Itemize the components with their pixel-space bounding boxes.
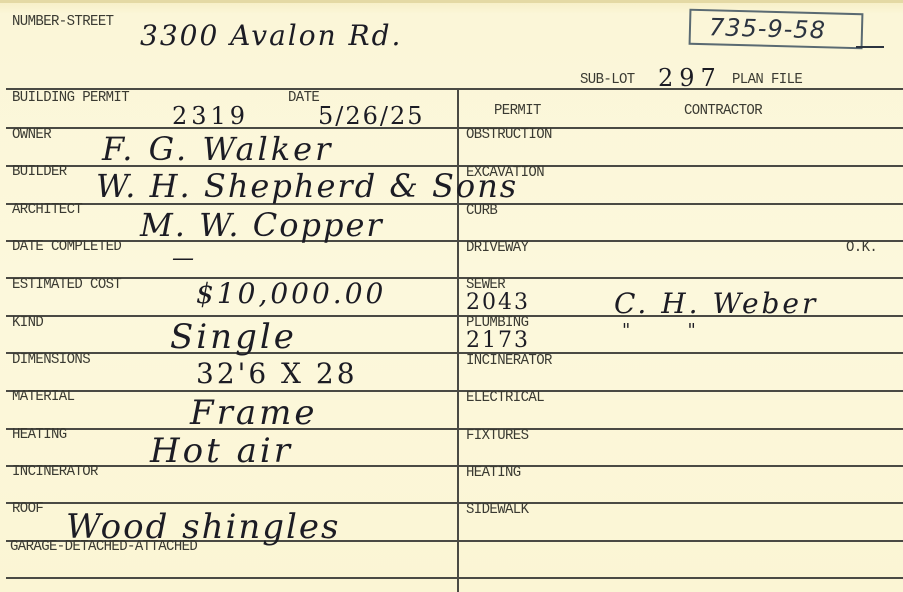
permit-card: NUMBER-STREET 3300 Avalon Rd. 735-9-58 S… [0,0,903,592]
rule-11 [6,502,903,504]
rule-8 [6,390,903,392]
sewer-permit-value: 2043 [466,292,530,314]
material-label: MATERIAL [12,389,74,406]
stamp-underline [856,46,884,48]
owner-value: F. G. Walker [102,133,333,165]
heating-right-label: HEATING [466,465,521,482]
sidewalk-label: SIDEWALK [466,502,528,519]
date-completed-value: — [172,248,194,270]
architect-label: ARCHITECT [12,202,82,219]
kind-label: KIND [12,315,43,332]
date-value: 5/26/25 [318,104,425,128]
number-street-value: 3300 Avalon Rd. [140,22,402,50]
rule-5 [6,277,903,279]
date-label: DATE [288,90,319,107]
rule-1 [6,127,903,129]
number-street-label: NUMBER-STREET [12,14,113,31]
sub-lot-label: SUB-LOT [580,72,635,89]
builder-value: W. H. Shepherd & Sons [96,170,518,202]
heating-value: Hot air [150,434,293,468]
obstruction-label: OBSTRUCTION [466,127,552,144]
kind-value: Single [170,320,297,354]
estimated-cost-value: $10,000.00 [196,280,386,308]
sub-lot-value: 297 [658,66,722,90]
driveway-note: O.K. [846,240,877,257]
curb-label: CURB [466,203,497,220]
fixtures-label: FIXTURES [466,428,528,445]
column-divider [457,88,459,592]
electrical-label: ELECTRICAL [466,390,544,407]
excavation-label: EXCAVATION [466,165,544,182]
plumbing-contractor-ditto: " " [622,322,696,340]
builder-label: BUILDER [12,164,67,181]
rule-9 [6,428,903,430]
building-permit-label: BUILDING PERMIT [12,90,129,107]
owner-label: OWNER [12,127,51,144]
date-completed-label: DATE COMPLETED [12,239,121,256]
rule-7 [6,352,903,354]
dimensions-value: 32'6 X 28 [196,360,358,388]
permit-column-header: PERMIT [494,103,541,120]
incinerator-label: INCINERATOR [12,464,98,481]
architect-value: M. W. Copper [140,209,384,241]
rule-10 [6,465,903,467]
sewer-contractor-value: C. H. Weber [614,290,818,318]
roof-value: Wood shingles [66,510,340,544]
rule-header [6,88,903,90]
estimated-cost-label: ESTIMATED COST [12,277,121,294]
dimensions-label: DIMENSIONS [12,352,90,369]
incinerator-right-label: INCINERATOR [466,353,552,370]
file-number-stamp: 735-9-58 [689,9,864,50]
building-permit-value: 2319 [172,104,249,128]
plumbing-permit-value: 2173 [466,330,530,352]
plan-file-label: PLAN FILE [732,72,802,89]
rule-13 [6,577,903,579]
roof-label: ROOF [12,501,43,518]
file-number-text: 735-9-58 [709,13,827,44]
contractor-column-header: CONTRACTOR [684,103,762,120]
card-top-edge [0,0,903,3]
material-value: Frame [190,396,317,430]
heating-label: HEATING [12,427,67,444]
driveway-label: DRIVEWAY [466,240,528,257]
